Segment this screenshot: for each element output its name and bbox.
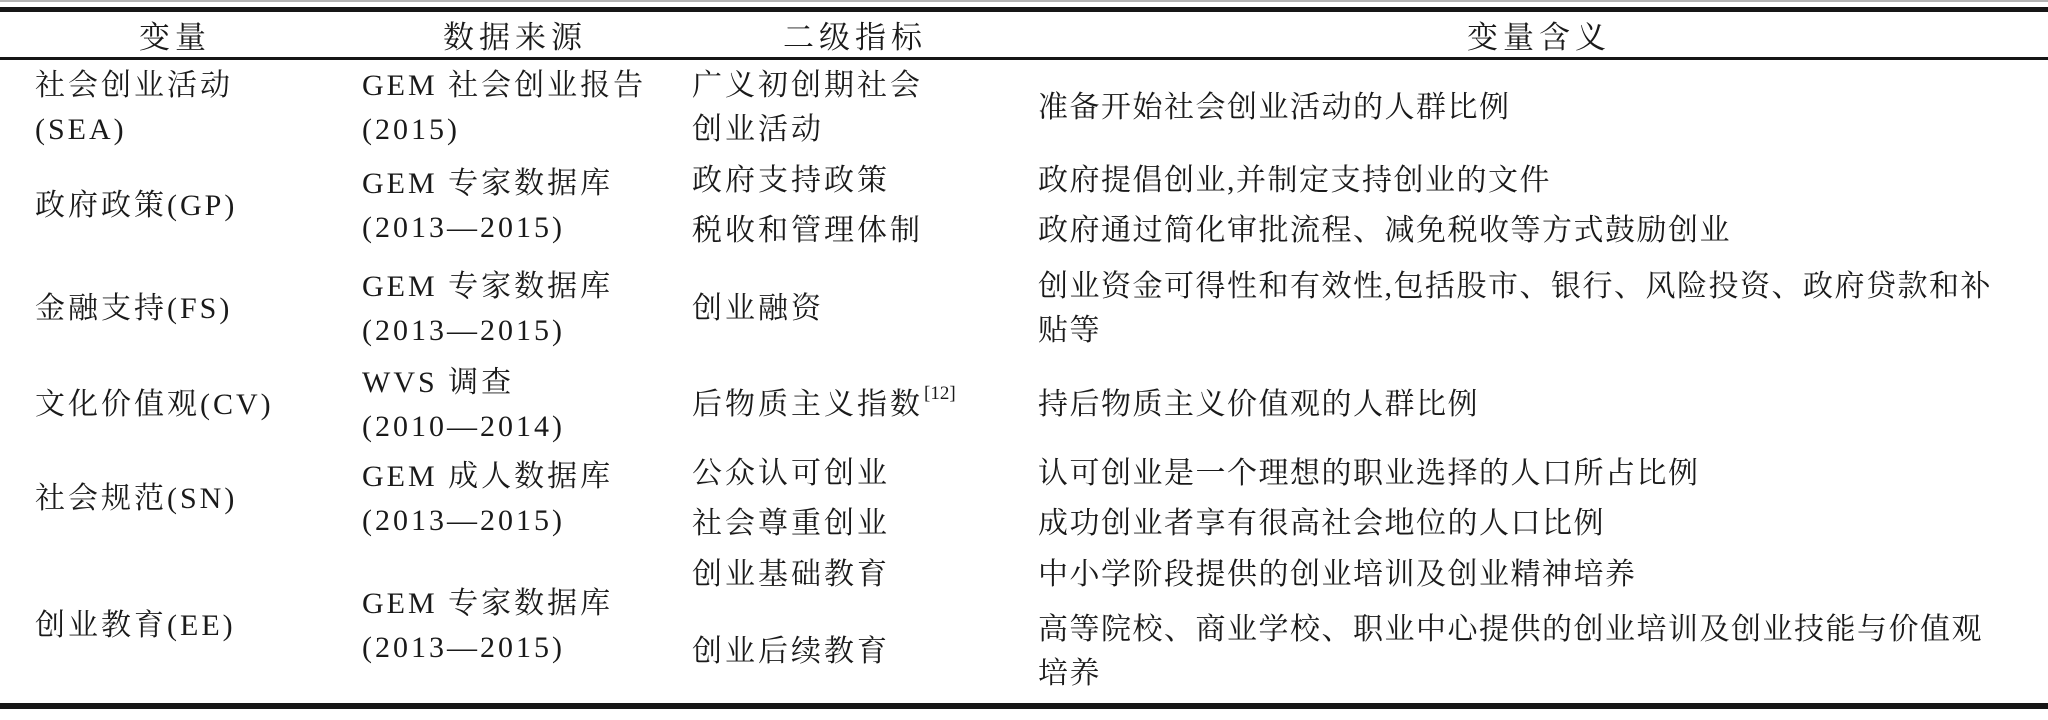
source-cell: GEM 专家数据库 (2013—2015) xyxy=(350,256,680,361)
indicator-cell: 广义初创期社会 创业活动 xyxy=(680,60,1030,156)
variable-cell: 社会规范(SN) xyxy=(0,449,350,549)
meaning-cell: 中小学阶段提供的创业培训及创业精神培养 xyxy=(1030,549,2048,600)
variables-table: 变量 数据来源 二级指标 变量含义 社会创业活动 (SEA) GEM 社会创业报… xyxy=(0,0,2048,720)
variable-cell: 创业教育(EE) xyxy=(0,549,350,703)
indicator-cell: 创业后续教育 xyxy=(680,600,1030,703)
indicator-subrow: 税收和管理体制 政府通过简化审批流程、减免税收等方式鼓励创业 xyxy=(680,206,2048,256)
meaning-cell: 持后物质主义价值观的人群比例 xyxy=(1030,361,2048,449)
indicator-subrow: 创业融资 创业资金可得性和有效性,包括股市、银行、风险投资、政府贷款和补 贴等 xyxy=(680,256,2048,361)
indicator-cell: 社会尊重创业 xyxy=(680,499,1030,549)
indicator-group: 后物质主义指数[12] 持后物质主义价值观的人群比例 xyxy=(680,361,2048,449)
meaning-cell: 创业资金可得性和有效性,包括股市、银行、风险投资、政府贷款和补 贴等 xyxy=(1030,256,2048,361)
source-cell: WVS 调查 (2010—2014) xyxy=(350,361,680,449)
variable-cell: 政府政策(GP) xyxy=(0,156,350,256)
bottom-thick-rule xyxy=(0,703,2048,709)
col-header-variable: 变量 xyxy=(0,12,350,57)
source-cell: GEM 专家数据库 (2013—2015) xyxy=(350,156,680,256)
indicator-subrow: 政府支持政策 政府提倡创业,并制定支持创业的文件 xyxy=(680,156,2048,206)
indicator-subrow: 后物质主义指数[12] 持后物质主义价值观的人群比例 xyxy=(680,361,2048,449)
table-row: 政府政策(GP) GEM 专家数据库 (2013—2015) 政府支持政策 政府… xyxy=(0,156,2048,256)
table-header-row: 变量 数据来源 二级指标 变量含义 xyxy=(0,12,2048,57)
table-row: 文化价值观(CV) WVS 调查 (2010—2014) 后物质主义指数[12]… xyxy=(0,361,2048,449)
table-row: 社会创业活动 (SEA) GEM 社会创业报告 (2015) 广义初创期社会 创… xyxy=(0,60,2048,156)
col-header-meaning: 变量含义 xyxy=(1030,12,2048,57)
meaning-cell: 成功创业者享有很高社会地位的人口比例 xyxy=(1030,499,2048,549)
source-cell: GEM 社会创业报告 (2015) xyxy=(350,60,680,156)
indicator-group: 创业融资 创业资金可得性和有效性,包括股市、银行、风险投资、政府贷款和补 贴等 xyxy=(680,256,2048,361)
source-cell: GEM 专家数据库 (2013—2015) xyxy=(350,549,680,703)
indicator-group: 公众认可创业 认可创业是一个理想的职业选择的人口所占比例 社会尊重创业 成功创业… xyxy=(680,449,2048,549)
indicator-subrow: 公众认可创业 认可创业是一个理想的职业选择的人口所占比例 xyxy=(680,449,2048,499)
indicator-label: 后物质主义指数 xyxy=(692,383,923,427)
indicator-cell: 创业基础教育 xyxy=(680,549,1030,600)
table-row: 金融支持(FS) GEM 专家数据库 (2013—2015) 创业融资 创业资金… xyxy=(0,256,2048,361)
indicator-subrow: 创业后续教育 高等院校、商业学校、职业中心提供的创业培训及创业技能与价值观 培养 xyxy=(680,600,2048,703)
table-row: 创业教育(EE) GEM 专家数据库 (2013—2015) 创业基础教育 中小… xyxy=(0,549,2048,703)
indicator-cell: 税收和管理体制 xyxy=(680,206,1030,256)
col-header-source: 数据来源 xyxy=(350,12,680,57)
table-row: 社会规范(SN) GEM 成人数据库 (2013—2015) 公众认可创业 认可… xyxy=(0,449,2048,549)
indicator-subrow: 创业基础教育 中小学阶段提供的创业培训及创业精神培养 xyxy=(680,549,2048,600)
col-header-indicator: 二级指标 xyxy=(680,12,1030,57)
indicator-cell: 公众认可创业 xyxy=(680,449,1030,499)
indicator-group: 创业基础教育 中小学阶段提供的创业培训及创业精神培养 创业后续教育 高等院校、商… xyxy=(680,549,2048,703)
indicator-cell: 后物质主义指数[12] xyxy=(680,361,1030,449)
indicator-group: 政府支持政策 政府提倡创业,并制定支持创业的文件 税收和管理体制 政府通过简化审… xyxy=(680,156,2048,256)
meaning-cell: 准备开始社会创业活动的人群比例 xyxy=(1030,60,2048,156)
source-cell: GEM 成人数据库 (2013—2015) xyxy=(350,449,680,549)
meaning-cell: 政府提倡创业,并制定支持创业的文件 xyxy=(1030,156,2048,206)
meaning-cell: 认可创业是一个理想的职业选择的人口所占比例 xyxy=(1030,449,2048,499)
variable-cell: 文化价值观(CV) xyxy=(0,361,350,449)
indicator-subrow: 广义初创期社会 创业活动 准备开始社会创业活动的人群比例 xyxy=(680,60,2048,156)
indicator-cell: 政府支持政策 xyxy=(680,156,1030,206)
variable-cell: 金融支持(FS) xyxy=(0,256,350,361)
meaning-cell: 政府通过简化审批流程、减免税收等方式鼓励创业 xyxy=(1030,206,2048,256)
variable-cell: 社会创业活动 (SEA) xyxy=(0,60,350,156)
indicator-cell: 创业融资 xyxy=(680,256,1030,361)
meaning-cell: 高等院校、商业学校、职业中心提供的创业培训及创业技能与价值观 培养 xyxy=(1030,600,2048,703)
indicator-subrow: 社会尊重创业 成功创业者享有很高社会地位的人口比例 xyxy=(680,499,2048,549)
indicator-group: 广义初创期社会 创业活动 准备开始社会创业活动的人群比例 xyxy=(680,60,2048,156)
